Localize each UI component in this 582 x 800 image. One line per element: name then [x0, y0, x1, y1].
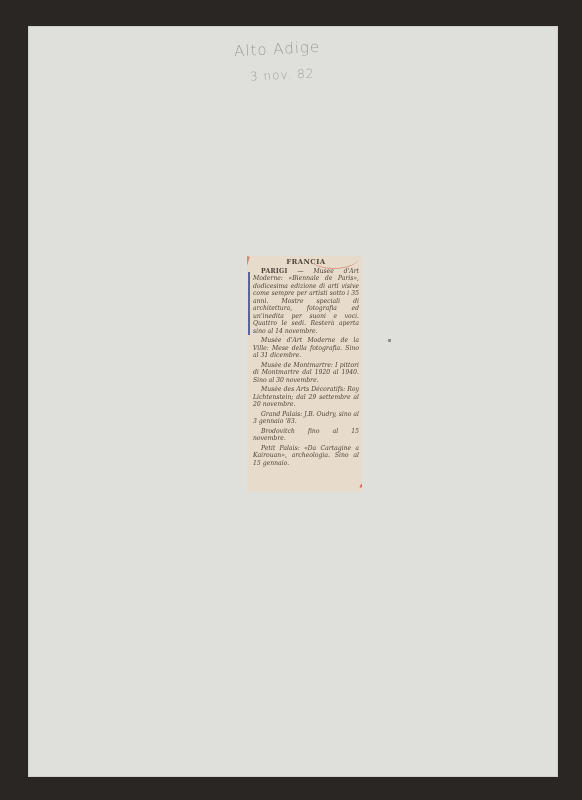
clipping-text: Musée de Montmartre: I pittori di Montma…: [253, 362, 359, 384]
blue-pen-margin-line: [248, 272, 250, 335]
clipping-text: Musée d'Art Moderne de la Ville: Mese de…: [253, 337, 359, 359]
clipping-paragraph: Grand Palais: J.B. Oudry, sino al 3 genn…: [253, 411, 359, 426]
clipping-text: Grand Palais: J.B. Oudry, sino al 3 genn…: [253, 411, 359, 426]
handwritten-date: 3 nov. 82: [250, 66, 315, 83]
clipping-city: PARIGI: [261, 268, 288, 275]
paper-speck: [388, 339, 391, 342]
clipping-text: Petit Palais: «Da Cartagine a Kairouan»,…: [253, 445, 359, 467]
clipping-text: Musée des Arts Décoratifs: Roy Lichtenst…: [253, 386, 359, 408]
clipping-paragraph: Musée d'Art Moderne de la Ville: Mese de…: [253, 337, 359, 360]
clipping-paragraph: Petit Palais: «Da Cartagine a Kairouan»,…: [253, 445, 359, 468]
newspaper-clipping: FRANCIA PARIGI — Musée d'Art Moderne: «B…: [247, 256, 362, 492]
clipping-text: Brodovitch fino al 15 novembre.: [253, 428, 359, 443]
clipping-text: — Musée d'Art Moderne: «Biennale de Pari…: [253, 268, 359, 335]
handwritten-source: Alto Adige: [234, 38, 321, 60]
paper-sheet: Alto Adige 3 nov. 82 FRANCIA PARIGI — Mu…: [28, 26, 558, 777]
clipping-paragraph: Brodovitch fino al 15 novembre.: [253, 428, 359, 443]
red-pen-mark-bottom: [359, 466, 362, 488]
clipping-paragraph: Musée des Arts Décoratifs: Roy Lichtenst…: [253, 386, 359, 409]
clipping-paragraph: Musée de Montmartre: I pittori di Montma…: [253, 362, 359, 385]
clipping-paragraph: PARIGI — Musée d'Art Moderne: «Biennale …: [253, 268, 359, 336]
